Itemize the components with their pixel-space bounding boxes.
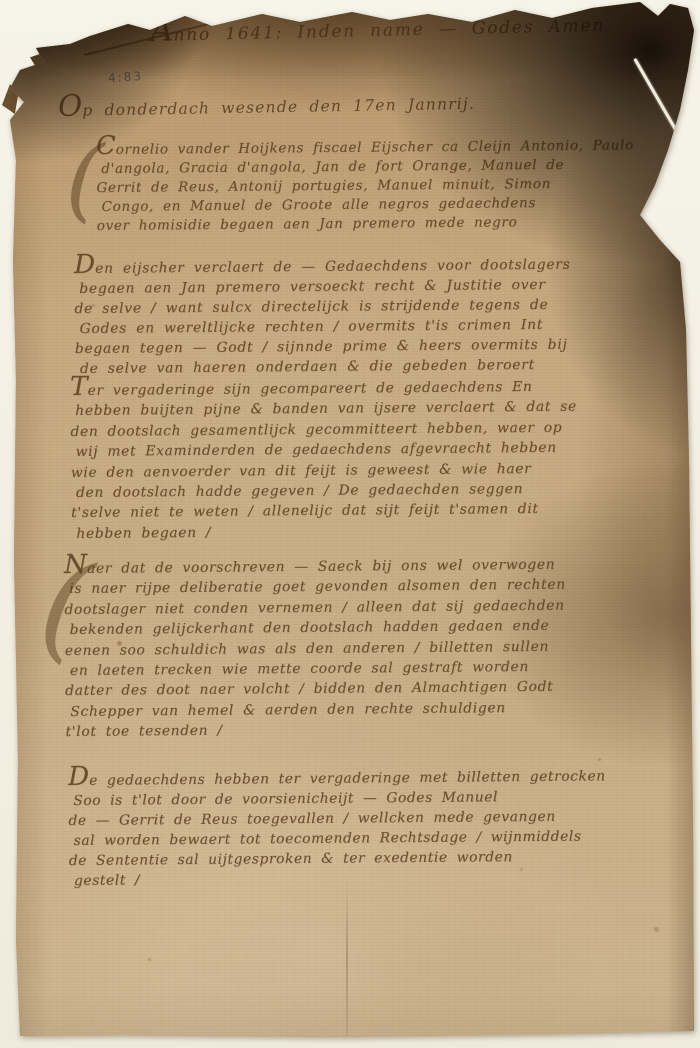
manuscript-line: de selve van haeren onderdaen & die gebe…	[80, 355, 572, 379]
title-line: Anno 1641: Inden name — Godes Amen	[150, 16, 605, 46]
manuscript-page: Anno 1641: Inden name — Godes Amen 4:83 …	[0, 0, 700, 1048]
fold-crease	[346, 876, 348, 1036]
manuscript-line: t'lot toe tesenden /	[65, 718, 567, 743]
paragraph-accusation: Den eijscher verclaert de — Gedaechdens …	[74, 255, 572, 379]
manuscript-line: gestelt /	[74, 866, 607, 891]
paragraph-parties: ( Cornelio vander Hoijkens fiscael Eijsc…	[96, 136, 635, 236]
paragraph-verdict: De gedaechdens hebben ter vergaderinge m…	[68, 766, 607, 891]
manuscript-line: over homisidie begaen aen Jan premero me…	[97, 212, 635, 236]
manuscript-page-wrap: Anno 1641: Inden name — Godes Amen 4:83 …	[0, 0, 700, 1048]
paragraph-examination: Ter vergaderinge sijn gecompareert de ge…	[70, 377, 578, 545]
scan-background: Anno 1641: Inden name — Godes Amen 4:83 …	[0, 0, 700, 1048]
manuscript-line: hebben begaen /	[76, 519, 578, 544]
date-line: Op donderdach wesende den 17en Jannrij.	[58, 95, 475, 120]
archival-number: 4:83	[108, 69, 144, 85]
foxing-spots	[0, 0, 3, 3]
paragraph-deliberation: ( Naer dat de voorschreven — Saeck bij o…	[64, 555, 567, 743]
ink-layer: Anno 1641: Inden name — Godes Amen 4:83 …	[0, 0, 700, 1048]
